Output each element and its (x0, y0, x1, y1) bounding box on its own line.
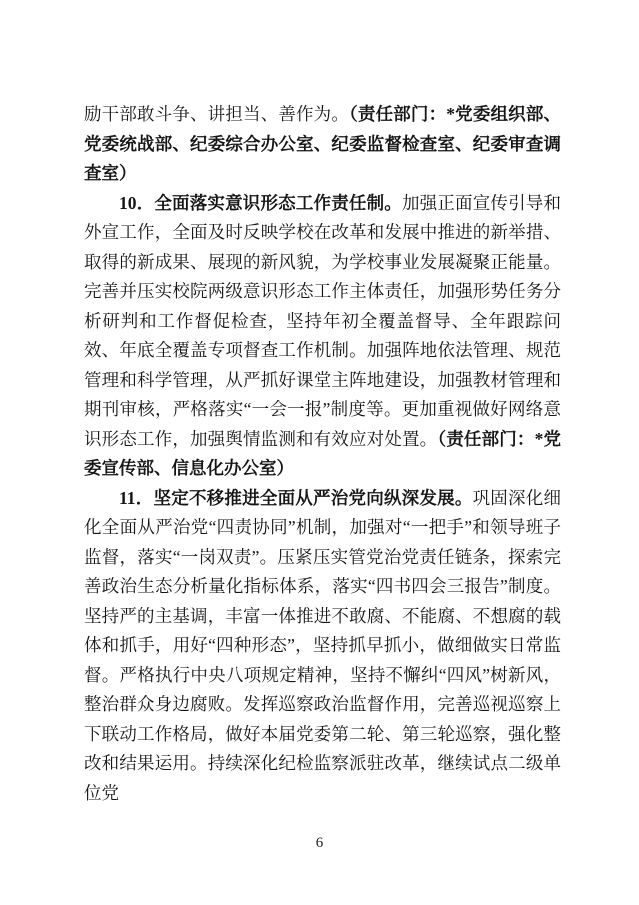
text-run: 加强正面宣传引导和外宣工作，全面及时反映学校在改革和发展中推进的新举措、取得的新… (84, 193, 561, 449)
page-number: 6 (0, 835, 639, 852)
text-run-bold: 10．全面落实意识形态工作责任制。 (119, 193, 402, 213)
text-run: 励干部敢斗争、讲担当、善作为。 (84, 104, 349, 124)
document-body: 励干部敢斗争、讲担当、善作为。（责任部门：*党委组织部、党委统战部、纪委综合办公… (84, 100, 561, 808)
paragraph: 10．全面落实意识形态工作责任制。加强正面宣传引导和外宣工作，全面及时反映学校在… (84, 189, 561, 484)
paragraph: 励干部敢斗争、讲担当、善作为。（责任部门：*党委组织部、党委统战部、纪委综合办公… (84, 100, 561, 189)
text-run-bold: 11．坚定不移推进全面从严治党向纵深发展。 (119, 488, 473, 508)
text-run: 巩固深化细化全面从严治党“四责协同”机制，加强对“一把手”和领导班子监督，落实“… (84, 488, 561, 803)
paragraph: 11．坚定不移推进全面从严治党向纵深发展。巩固深化细化全面从严治党“四责协同”机… (84, 484, 561, 809)
document-page: 励干部敢斗争、讲担当、善作为。（责任部门：*党委组织部、党委统战部、纪委综合办公… (0, 0, 639, 905)
